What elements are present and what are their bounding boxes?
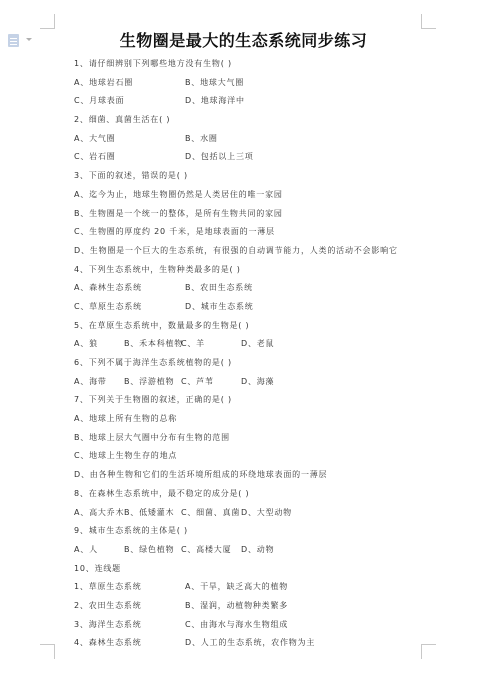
document-body: 1、请仔细辨别下列哪些地方没有生物( )A、地球岩石圈B、地球大气圈C、月球表面… bbox=[74, 55, 434, 653]
question-option: B、浮游植物 bbox=[124, 373, 174, 392]
document-title: 生物圈是最大的生态系统同步练习 bbox=[0, 28, 487, 51]
question-option: A、海带 bbox=[74, 373, 107, 392]
option-row: A、狼B、禾本科植物C、羊D、老鼠 bbox=[74, 335, 434, 354]
question-option: A、地球上所有生物的总称 bbox=[74, 410, 434, 429]
question-stem: 3、下面的叙述，错误的是( ) bbox=[74, 167, 434, 186]
question-option: A、大气圈 bbox=[74, 130, 115, 149]
page-corner-mark-top-right bbox=[421, 14, 436, 29]
option-row: A、森林生态系统B、农田生态系统 bbox=[74, 279, 434, 298]
question-option: B、地球上层大气圈中分布有生物的范围 bbox=[74, 429, 434, 448]
question-option: C、细菌、真菌 bbox=[181, 504, 240, 523]
question-option: B、绿色植物 bbox=[124, 541, 174, 560]
matching-row: 2、农田生态系统B、湿润，动植物种类繁多 bbox=[74, 597, 434, 616]
question-option: A、高大乔木 bbox=[74, 504, 124, 523]
question-stem: 7、下列关于生物圈的叙述，正确的是( ) bbox=[74, 391, 434, 410]
option-row: A、人B、绿色植物C、高楼大厦D、动物 bbox=[74, 541, 434, 560]
matching-stem: 10、连线题 bbox=[74, 560, 434, 579]
matching-left: 3、海洋生态系统 bbox=[74, 616, 142, 635]
question-option: A、地球岩石圈 bbox=[74, 74, 133, 93]
question-stem: 9、城市生态系统的主体是( ) bbox=[74, 522, 434, 541]
matching-right: C、由海水与海水生物组成 bbox=[185, 616, 288, 635]
matching-right: A、干旱，缺乏高大的植物 bbox=[185, 578, 288, 597]
question-option: B、水圈 bbox=[185, 130, 218, 149]
question-option: D、生物圈是一个巨大的生态系统，有很强的自动调节能力，人类的活动不会影响它 bbox=[74, 242, 434, 261]
matching-left: 4、森林生态系统 bbox=[74, 634, 142, 653]
question-option: B、生物圈是一个统一的整体，是所有生物共同的家园 bbox=[74, 205, 434, 224]
matching-right: B、湿润，动植物种类繁多 bbox=[185, 597, 288, 616]
matching-right: D、人工的生态系统，农作物为主 bbox=[185, 634, 315, 653]
question-option: D、地球海洋中 bbox=[185, 92, 245, 111]
option-row: C、岩石圈D、包括以上三项 bbox=[74, 148, 434, 167]
question-option: B、低矮灌木 bbox=[124, 504, 174, 523]
question-option: C、岩石圈 bbox=[74, 148, 116, 167]
question-stem: 2、细菌、真菌生活在( ) bbox=[74, 111, 434, 130]
question-option: D、海藻 bbox=[241, 373, 274, 392]
option-row: A、地球岩石圈B、地球大气圈 bbox=[74, 74, 434, 93]
matching-row: 1、草原生态系统A、干旱，缺乏高大的植物 bbox=[74, 578, 434, 597]
option-row: A、海带B、浮游植物C、芦苇D、海藻 bbox=[74, 373, 434, 392]
question-stem: 1、请仔细辨别下列哪些地方没有生物( ) bbox=[74, 55, 434, 74]
option-row: C、月球表面D、地球海洋中 bbox=[74, 92, 434, 111]
question-option: C、草原生态系统 bbox=[74, 298, 142, 317]
matching-row: 3、海洋生态系统C、由海水与海水生物组成 bbox=[74, 616, 434, 635]
question-option: C、生物圈的厚度约 20 千米，是地球表面的一薄层 bbox=[74, 223, 434, 242]
question-option: C、月球表面 bbox=[74, 92, 124, 111]
page-corner-mark-bottom-left bbox=[40, 644, 55, 659]
question-option: C、地球上生物生存的地点 bbox=[74, 447, 434, 466]
page-corner-mark-top-left bbox=[40, 14, 55, 29]
question-option: D、包括以上三项 bbox=[185, 148, 254, 167]
question-option: C、芦苇 bbox=[181, 373, 214, 392]
question-option: A、迄今为止，地球生物圈仍然是人类居住的唯一家园 bbox=[74, 186, 434, 205]
matching-left: 1、草原生态系统 bbox=[74, 578, 142, 597]
question-option: A、森林生态系统 bbox=[74, 279, 142, 298]
question-stem: 6、下列不属于海洋生态系统植物的是( ) bbox=[74, 354, 434, 373]
question-option: C、高楼大厦 bbox=[181, 541, 231, 560]
question-option: C、羊 bbox=[181, 335, 205, 354]
matching-row: 4、森林生态系统D、人工的生态系统，农作物为主 bbox=[74, 634, 434, 653]
option-row: A、大气圈B、水圈 bbox=[74, 130, 434, 149]
question-option: D、老鼠 bbox=[241, 335, 274, 354]
question-option: B、禾本科植物 bbox=[124, 335, 183, 354]
question-option: D、城市生态系统 bbox=[185, 298, 254, 317]
question-option: B、农田生态系统 bbox=[185, 279, 253, 298]
question-option: A、人 bbox=[74, 541, 98, 560]
option-row: C、草原生态系统D、城市生态系统 bbox=[74, 298, 434, 317]
option-row: A、高大乔木B、低矮灌木C、细菌、真菌D、大型动物 bbox=[74, 504, 434, 523]
question-stem: 5、在草原生态系统中，数量最多的生物是( ) bbox=[74, 317, 434, 336]
question-option: D、大型动物 bbox=[241, 504, 292, 523]
question-stem: 8、在森林生态系统中，最不稳定的成分是( ) bbox=[74, 485, 434, 504]
matching-left: 2、农田生态系统 bbox=[74, 597, 142, 616]
question-option: D、动物 bbox=[241, 541, 274, 560]
question-stem: 4、下列生态系统中，生物种类最多的是( ) bbox=[74, 261, 434, 280]
question-option: D、由各种生物和它们的生活环境所组成的环绕地球表面的一薄层 bbox=[74, 466, 434, 485]
question-option: B、地球大气圈 bbox=[185, 74, 244, 93]
question-option: A、狼 bbox=[74, 335, 98, 354]
